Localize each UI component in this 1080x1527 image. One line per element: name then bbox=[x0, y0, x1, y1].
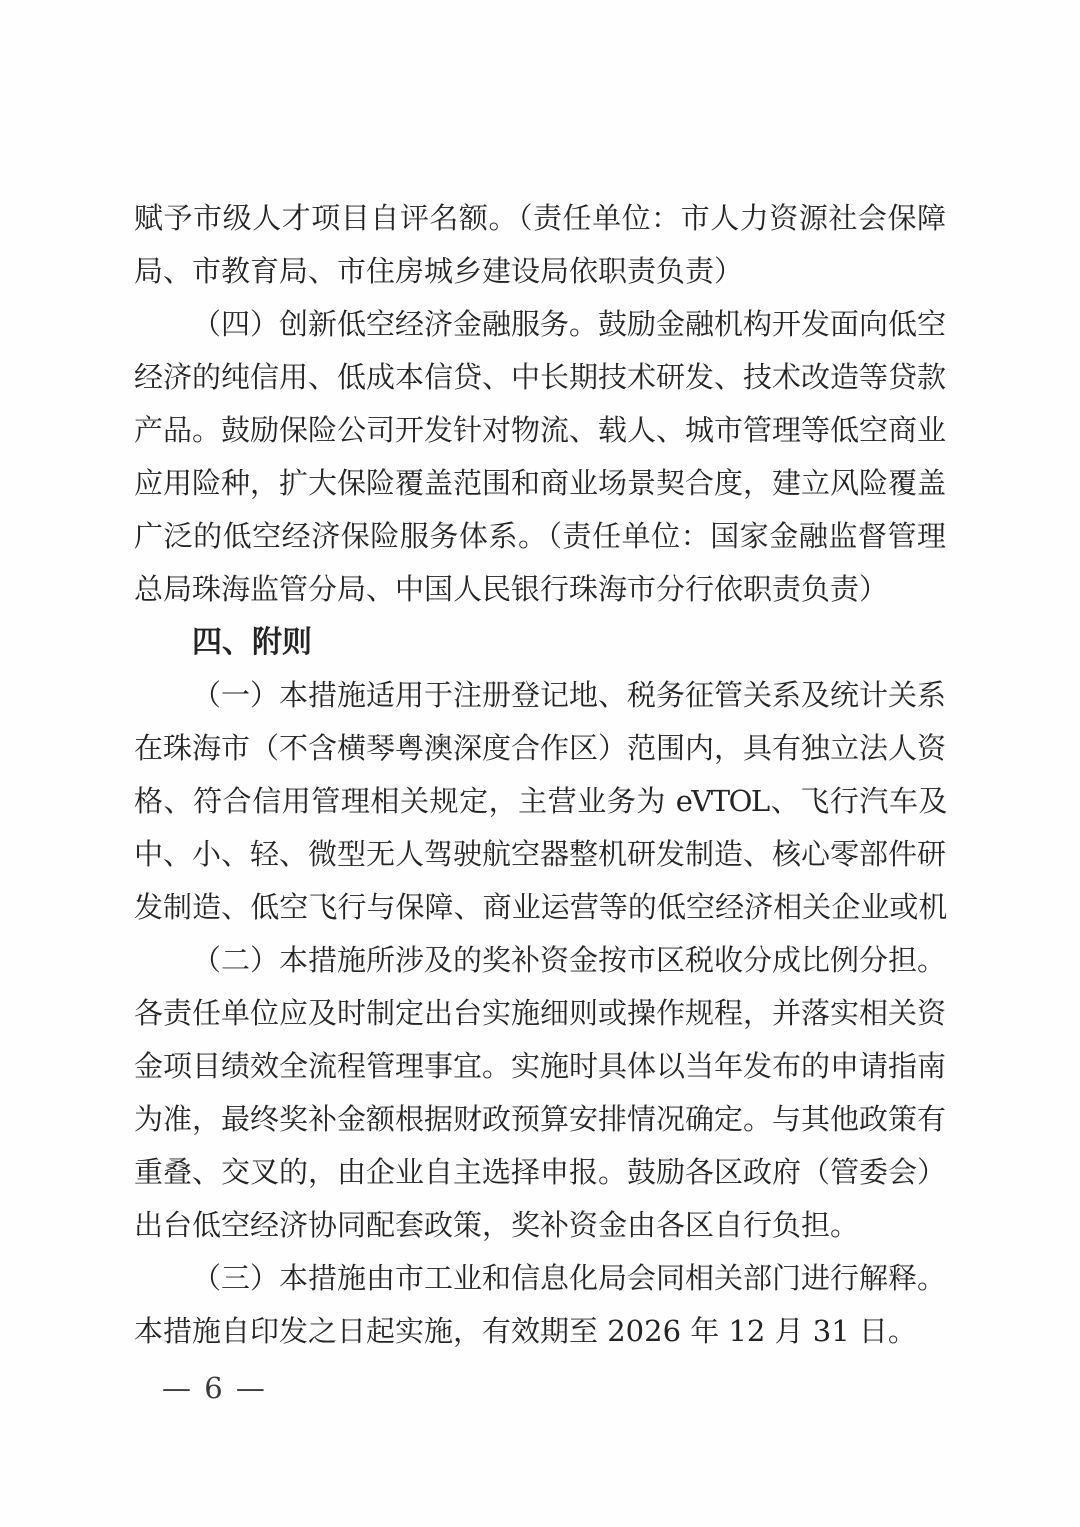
document-line: 广泛的低空经济保险服务体系。（责任单位：国家金融监督管理 bbox=[134, 510, 946, 563]
page-number: — 6 — bbox=[162, 1362, 267, 1415]
document-line: （一）本措施适用于注册登记地、税务征管关系及统计关系 bbox=[134, 669, 946, 722]
document-line: 金项目绩效全流程管理事宜。实施时具体以当年发布的申请指南 bbox=[134, 1040, 946, 1093]
document-line: （二）本措施所涉及的奖补资金按市区税收分成比例分担。 bbox=[134, 934, 946, 987]
document-line: 在珠海市（不含横琴粤澳深度合作区）范围内，具有独立法人资 bbox=[134, 722, 946, 775]
document-line: 总局珠海监管分局、中国人民银行珠海市分行依职责负责） bbox=[134, 563, 946, 616]
document-line: 本措施自印发之日起实施，有效期至 2026 年 12 月 31 日。 bbox=[134, 1305, 946, 1358]
document-line: 重叠、交叉的，由企业自主选择申报。鼓励各区政府（管委会） bbox=[134, 1146, 946, 1199]
section-heading: 四、附则 bbox=[134, 616, 946, 669]
document-line: 格、符合信用管理相关规定，主营业务为 eVTOL、飞行汽车及大、 bbox=[134, 775, 946, 828]
document-page: 赋予市级人才项目自评名额。（责任单位：市人力资源社会保障 局、市教育局、市住房城… bbox=[0, 0, 1080, 1527]
document-line: 为准，最终奖补金额根据财政预算安排情况确定。与其他政策有 bbox=[134, 1093, 946, 1146]
document-line: 各责任单位应及时制定出台实施细则或操作规程，并落实相关资 bbox=[134, 987, 946, 1040]
document-line: 赋予市级人才项目自评名额。（责任单位：市人力资源社会保障 bbox=[134, 192, 946, 245]
document-body: 赋予市级人才项目自评名额。（责任单位：市人力资源社会保障 局、市教育局、市住房城… bbox=[134, 192, 946, 1358]
document-line: （三）本措施由市工业和信息化局会同相关部门进行解释。 bbox=[134, 1252, 946, 1305]
document-line: 发制造、低空飞行与保障、商业运营等的低空经济相关企业或机构。 bbox=[134, 881, 946, 934]
document-line: （四）创新低空经济金融服务。鼓励金融机构开发面向低空 bbox=[134, 298, 946, 351]
document-line: 应用险种，扩大保险覆盖范围和商业场景契合度，建立风险覆盖 bbox=[134, 457, 946, 510]
document-line: 出台低空经济协同配套政策，奖补资金由各区自行负担。 bbox=[134, 1199, 946, 1252]
document-line: 中、小、轻、微型无人驾驶航空器整机研发制造、核心零部件研 bbox=[134, 828, 946, 881]
document-line: 经济的纯信用、低成本信贷、中长期技术研发、技术改造等贷款 bbox=[134, 351, 946, 404]
document-line: 局、市教育局、市住房城乡建设局依职责负责） bbox=[134, 245, 946, 298]
document-line: 产品。鼓励保险公司开发针对物流、载人、城市管理等低空商业 bbox=[134, 404, 946, 457]
